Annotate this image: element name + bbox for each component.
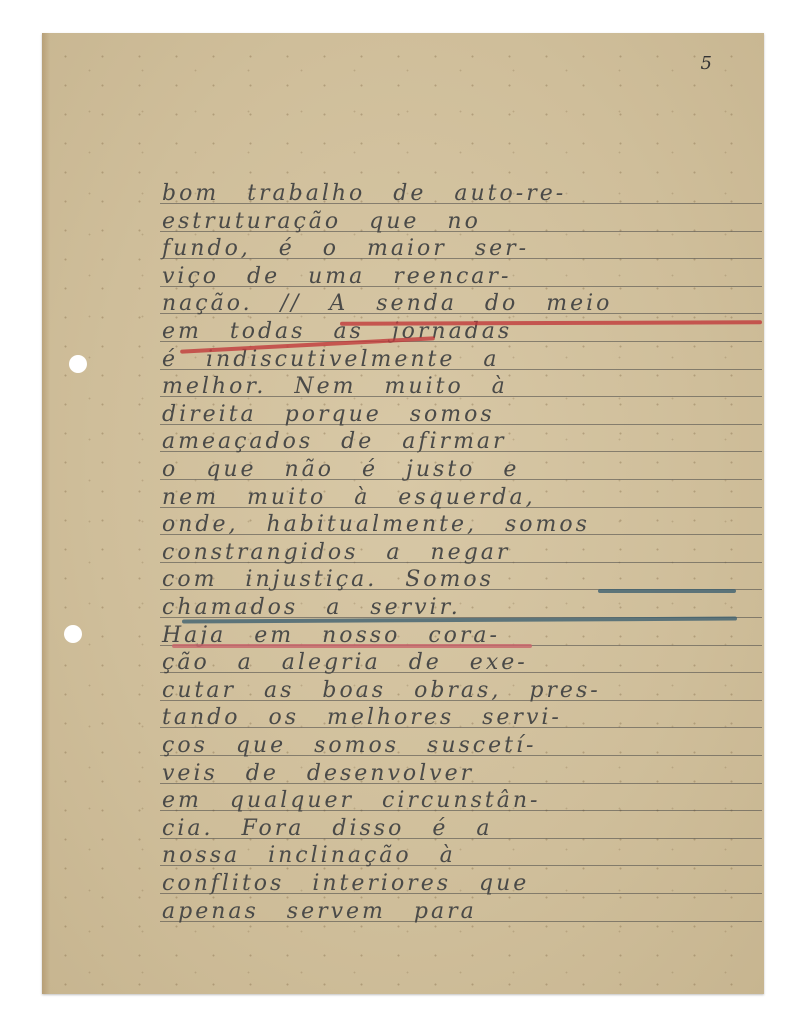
manuscript-page: 5 bom trabalho de auto-re-estruturação q… (42, 33, 764, 994)
blue-underline-1 (598, 589, 736, 593)
punch-hole-top (69, 355, 87, 373)
manuscript-line: é indiscutivelmente a (162, 349, 762, 371)
red-underline-3 (172, 644, 532, 648)
manuscript-line: melhor. Nem muito à (162, 376, 762, 398)
manuscript-line: tando os melhores servi- (162, 707, 762, 729)
manuscript-line: veis de desenvolver (162, 763, 762, 785)
manuscript-line: nem muito à esquerda, (162, 487, 762, 509)
manuscript-line: direita porque somos (162, 404, 762, 426)
manuscript-line: nossa inclinação à (162, 845, 762, 867)
manuscript-line: ção a alegria de exe- (162, 652, 762, 674)
manuscript-line: onde, habitualmente, somos (162, 514, 762, 536)
manuscript-line: ços que somos suscetí- (162, 735, 762, 757)
manuscript-line: apenas servem para (162, 901, 762, 923)
manuscript-line: o que não é justo e (162, 459, 762, 481)
manuscript-line: bom trabalho de auto-re- (162, 183, 762, 205)
manuscript-line: constrangidos a negar (162, 542, 762, 564)
punch-hole-bottom (64, 625, 82, 643)
manuscript-line: fundo, é o maior ser- (162, 238, 762, 260)
manuscript-line: ameaçados de afirmar (162, 431, 762, 453)
manuscript-line: cutar as boas obras, pres- (162, 680, 762, 702)
manuscript-line: viço de uma reencar- (162, 266, 762, 288)
page-number: 5 (701, 53, 712, 74)
manuscript-line: nação. // A senda do meio (162, 293, 762, 315)
manuscript-line: conflitos interiores que (162, 873, 762, 895)
manuscript-line: cia. Fora disso é a (162, 818, 762, 840)
manuscript-line: estruturação que no (162, 211, 762, 233)
edge-stain (42, 33, 50, 994)
manuscript-line: em qualquer circunstân- (162, 790, 762, 812)
manuscript-line: chamados a servir. (162, 597, 762, 619)
